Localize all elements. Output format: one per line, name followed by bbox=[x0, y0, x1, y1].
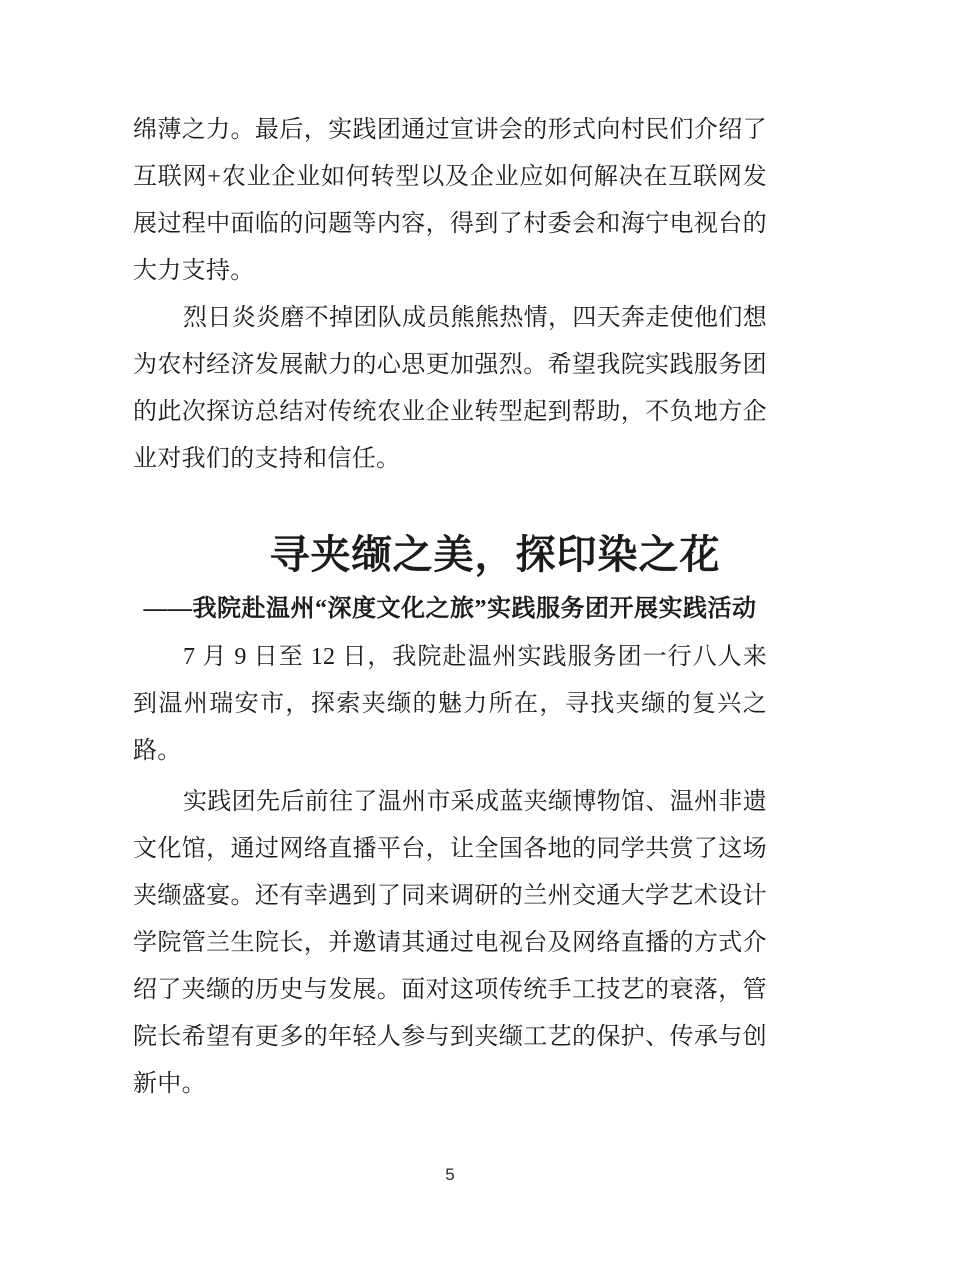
page-number: 5 bbox=[438, 1164, 462, 1186]
section-title: 寻夹缬之美，探印染之花 bbox=[178, 527, 812, 583]
document-page: 绵薄之力。最后，实践团通过宣讲会的形式向村民们介绍了互联网+农业企业如何转型以及… bbox=[0, 0, 974, 1279]
paragraph-prev-closing: 烈日炎炎磨不掉团队成员熊熊热情，四天奔走使他们想为农村经济发展献力的心思更加强烈… bbox=[133, 295, 767, 483]
paragraph-prev-continuation: 绵薄之力。最后，实践团通过宣讲会的形式向村民们介绍了互联网+农业企业如何转型以及… bbox=[133, 107, 767, 295]
document-body: 绵薄之力。最后，实践团通过宣讲会的形式向村民们介绍了互联网+农业企业如何转型以及… bbox=[133, 107, 767, 1108]
paragraph-trip-overview: 7 月 9 日至 12 日，我院赴温州实践服务团一行八人来到温州瑞安市，探索夹缬… bbox=[133, 634, 767, 775]
paragraph-trip-details: 实践团先后前往了温州市采成蓝夹缬博物馆、温州非遗文化馆，通过网络直播平台，让全国… bbox=[133, 779, 767, 1108]
section-subtitle: ——我院赴温州“深度文化之旅”实践服务团开展实践活动 bbox=[133, 587, 767, 631]
